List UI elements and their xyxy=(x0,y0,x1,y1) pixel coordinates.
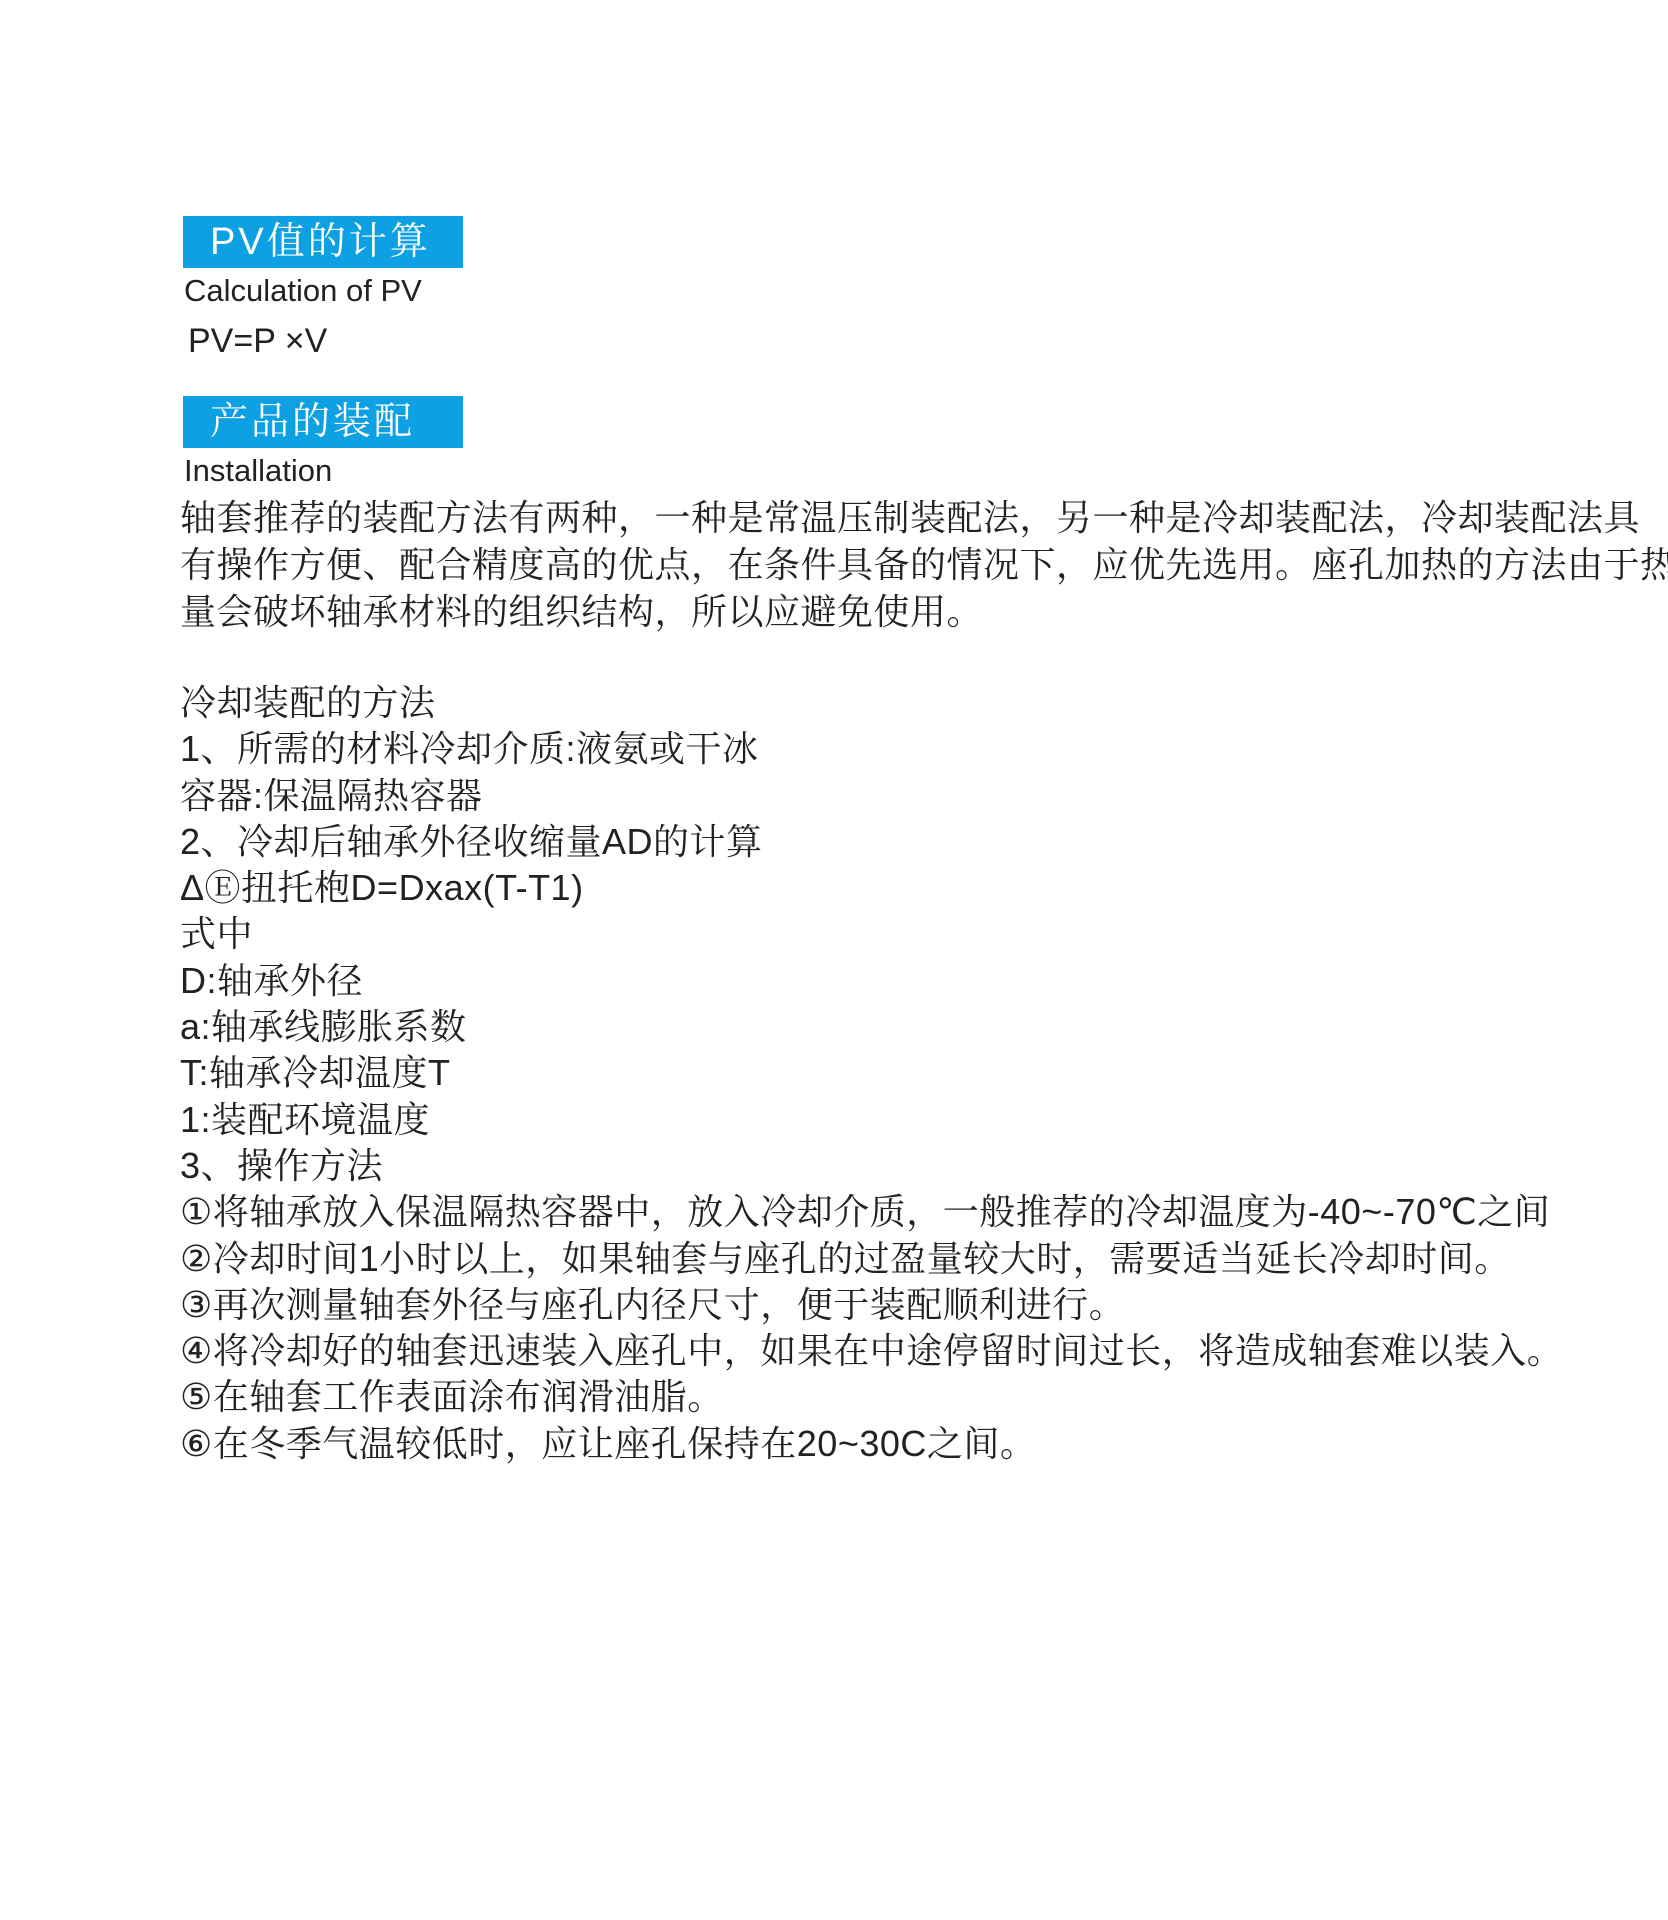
method-line: 2、冷却后轴承外径收缩量AD的计算 xyxy=(180,819,1580,865)
method-line: D:轴承外径 xyxy=(180,958,1580,1004)
method-line: 1、所需的材料冷却介质:液氨或干冰 xyxy=(180,726,1580,772)
method-line: 式中 xyxy=(180,911,1580,957)
intro-line: 轴套推荐的装配方法有两种，一种是常温压制装配法，另一种是冷却装配法，冷却装配法具 xyxy=(180,494,1580,541)
method-line: 冷却装配的方法 xyxy=(180,680,1580,726)
method-line: ③再次测量轴套外径与座孔内径尺寸，便于装配顺利进行。 xyxy=(180,1282,1580,1328)
method-line: 容器:保温隔热容器 xyxy=(180,773,1580,819)
pv-section-subtitle: Calculation of PV xyxy=(184,274,422,308)
method-line: ⑥在冬季气温较低时，应让座孔保持在20~30C之间。 xyxy=(180,1421,1580,1467)
method-line: ④将冷却好的轴套迅速装入座孔中，如果在中途停留时间过长，将造成轴套难以装入。 xyxy=(180,1328,1580,1374)
install-intro-paragraph: 轴套推荐的装配方法有两种，一种是常温压制装配法，另一种是冷却装配法，冷却装配法具… xyxy=(180,494,1580,635)
document-page: PV值的计算 Calculation of PV PV=P ×V 产品的装配 I… xyxy=(0,0,1668,1920)
intro-line: 有操作方便、配合精度高的优点，在条件具备的情况下，应优先选用。座孔加热的方法由于… xyxy=(180,541,1580,588)
method-line: ΔⒺ扭托枹D=Dxax(T-T1) xyxy=(180,865,1580,911)
method-line: T:轴承冷却温度T xyxy=(180,1050,1580,1096)
intro-line: 量会破坏轴承材料的组织结构，所以应避免使用。 xyxy=(180,588,1580,635)
method-line: a:轴承线膨胀系数 xyxy=(180,1004,1580,1050)
install-section-title-badge: 产品的装配 xyxy=(183,396,463,448)
method-line: 3、操作方法 xyxy=(180,1143,1580,1189)
install-section-subtitle: Installation xyxy=(184,454,332,488)
pv-formula: PV=P ×V xyxy=(188,322,327,361)
cooling-method-list: 冷却装配的方法1、所需的材料冷却介质:液氨或干冰容器:保温隔热容器2、冷却后轴承… xyxy=(180,680,1580,1467)
method-line: ②冷却时间1小时以上，如果轴套与座孔的过盈量较大时，需要适当延长冷却时间。 xyxy=(180,1236,1580,1282)
method-line: 1:装配环境温度 xyxy=(180,1097,1580,1143)
method-line: ⑤在轴套工作表面涂布润滑油脂。 xyxy=(180,1374,1580,1420)
method-line: ①将轴承放入保温隔热容器中，放入冷却介质，一般推荐的冷却温度为-40~-70℃之… xyxy=(180,1189,1580,1235)
pv-section-title-badge: PV值的计算 xyxy=(183,216,463,268)
